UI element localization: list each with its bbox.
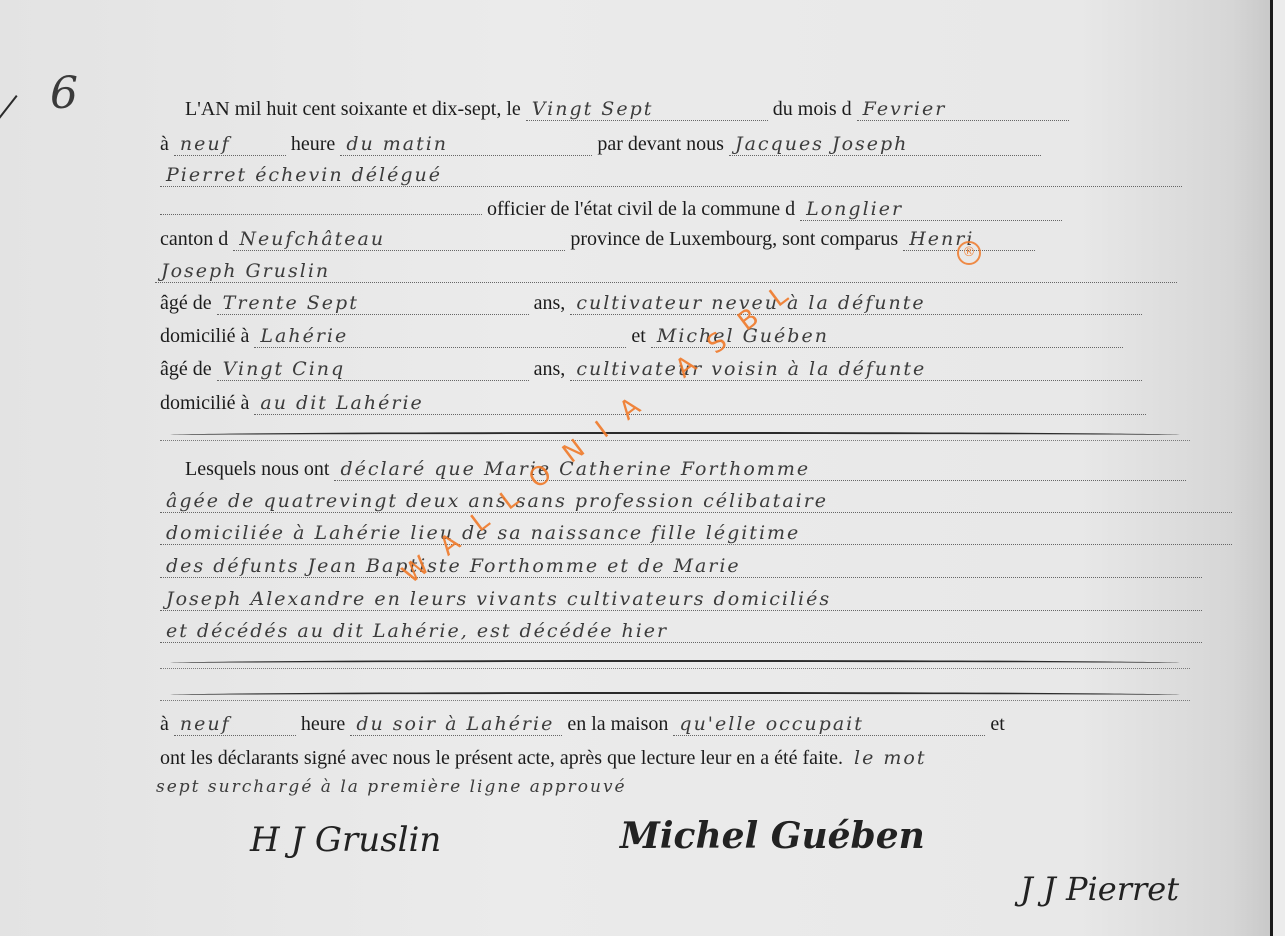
doc-line-14: des défunts Jean Baptiste Forthomme et d… <box>160 555 1202 587</box>
printed-text: L'AN mil huit cent soixante et dix-sept,… <box>185 98 521 121</box>
doc-line-13: domiciliée à Lahérie lieu de sa naissanc… <box>160 522 1232 554</box>
doc-line-1: L'AN mil huit cent soixante et dix-sept,… <box>185 98 1069 130</box>
printed-text: du mois d <box>773 98 852 121</box>
doc-line-7: âgé de Trente Sept ans, cultivateur neve… <box>160 292 1142 324</box>
printed-text: heure <box>291 133 335 156</box>
printed-text: officier de l'état civil de la commune d <box>487 198 795 221</box>
handwritten-house: qu'elle occupait <box>673 713 985 736</box>
signature-officer: J J Pierret <box>1020 870 1179 908</box>
doc-line-5: canton d Neufchâteau province de Luxembo… <box>160 228 1035 260</box>
doc-line-17: à neuf heure du soir à Lahérie en la mai… <box>160 713 1005 745</box>
handwritten-declarant-1-residence: Lahérie <box>254 325 626 348</box>
printed-text: domicilié à <box>160 392 249 415</box>
handwritten-commune: Longlier <box>800 198 1062 221</box>
printed-text: à <box>160 713 169 736</box>
handwritten-deceased-details: âgée de quatrevingt deux ans sans profes… <box>160 490 1232 513</box>
handwritten-annotation: le mot <box>848 747 932 769</box>
doc-line-19: sept surchargé à la première ligne appro… <box>150 775 633 807</box>
blank-squiggle <box>170 432 1180 438</box>
handwritten-parents-2: Joseph Alexandre en leurs vivants cultiv… <box>160 588 1202 611</box>
doc-line-6: Joseph Gruslin <box>155 260 1177 292</box>
printed-text: à <box>160 133 169 156</box>
doc-line-2: à neuf heure du matin par devant nous Ja… <box>160 133 1041 165</box>
doc-line-12: âgée de quatrevingt deux ans sans profes… <box>160 490 1232 522</box>
handwritten-declarant-2-residence: au dit Lahérie <box>254 392 1146 415</box>
signature-declarant-1: H J Gruslin <box>250 820 441 860</box>
printed-text: ont les déclarants signé avec nous le pr… <box>160 747 843 770</box>
printed-text: heure <box>301 713 345 736</box>
printed-text: et <box>990 713 1004 736</box>
handwritten-annotation-approval: sept surchargé à la première ligne appro… <box>150 777 633 797</box>
blank-rule <box>160 440 1190 441</box>
handwritten-death-place: du soir à Lahérie <box>350 713 562 736</box>
printed-text: ans, <box>534 292 566 315</box>
doc-line-16: et décédés au dit Lahérie, est décédée h… <box>160 620 1202 652</box>
printed-text: en la maison <box>567 713 668 736</box>
handwritten-death-statement: et décédés au dit Lahérie, est décédée h… <box>160 620 1202 643</box>
handwritten-month: Fevrier <box>857 98 1069 121</box>
handwritten-day: Vingt Sept <box>526 98 768 121</box>
doc-line-4: officier de l'état civil de la commune d… <box>160 198 1062 230</box>
handwritten-declarant-1-age: Trente Sept <box>217 292 529 315</box>
handwritten-declarant-1-name: Joseph Gruslin <box>155 260 1177 283</box>
printed-text: domicilié à <box>160 325 249 348</box>
handwritten-declarant-2-age: Vingt Cinq <box>217 358 529 381</box>
handwritten-deceased-birthplace: domiciliée à Lahérie lieu de sa naissanc… <box>160 522 1232 545</box>
handwritten-hour: neuf <box>174 133 286 156</box>
handwritten-time-of-day: du matin <box>340 133 592 156</box>
handwritten-canton: Neufchâteau <box>233 228 565 251</box>
watermark-registered-icon: ® <box>957 241 981 265</box>
printed-text: Lesquels nous ont <box>185 458 329 481</box>
page-outer-margin <box>1273 0 1285 936</box>
blank-rule <box>160 668 1190 669</box>
printed-text: par devant nous <box>597 133 724 156</box>
blank-rule <box>160 700 1190 701</box>
doc-line-3: Pierret échevin délégué <box>160 164 1182 196</box>
margin-act-number: 6 <box>50 68 78 119</box>
document-page: 6 L'AN mil huit cent soixante et dix-sep… <box>0 0 1270 936</box>
handwritten-officer-name: Jacques Joseph <box>729 133 1041 156</box>
blank-squiggle <box>170 660 1180 666</box>
printed-text: et <box>631 325 645 348</box>
printed-text: âgé de <box>160 292 212 315</box>
printed-text: province de Luxembourg, sont comparus <box>570 228 898 251</box>
blank-filler <box>160 214 482 215</box>
handwritten-officer-title: Pierret échevin délégué <box>160 164 1182 187</box>
doc-line-8: domicilié à Lahérie et Michel Guében <box>160 325 1123 357</box>
doc-line-15: Joseph Alexandre en leurs vivants cultiv… <box>160 588 1202 620</box>
handwritten-death-hour: neuf <box>174 713 296 736</box>
printed-text: canton d <box>160 228 228 251</box>
signature-declarant-2: Michel Guében <box>620 815 925 857</box>
printed-text: âgé de <box>160 358 212 381</box>
printed-text: ans, <box>534 358 566 381</box>
margin-slash-mark <box>0 95 18 199</box>
handwritten-declarant-1-occupation: cultivateur neveu à la défunte <box>570 292 1142 315</box>
blank-squiggle <box>170 692 1180 698</box>
handwritten-deceased-name: déclaré que Marie Catherine Forthomme <box>334 458 1186 481</box>
doc-line-11: Lesquels nous ont déclaré que Marie Cath… <box>185 458 1186 490</box>
handwritten-parents-1: des défunts Jean Baptiste Forthomme et d… <box>160 555 1202 578</box>
